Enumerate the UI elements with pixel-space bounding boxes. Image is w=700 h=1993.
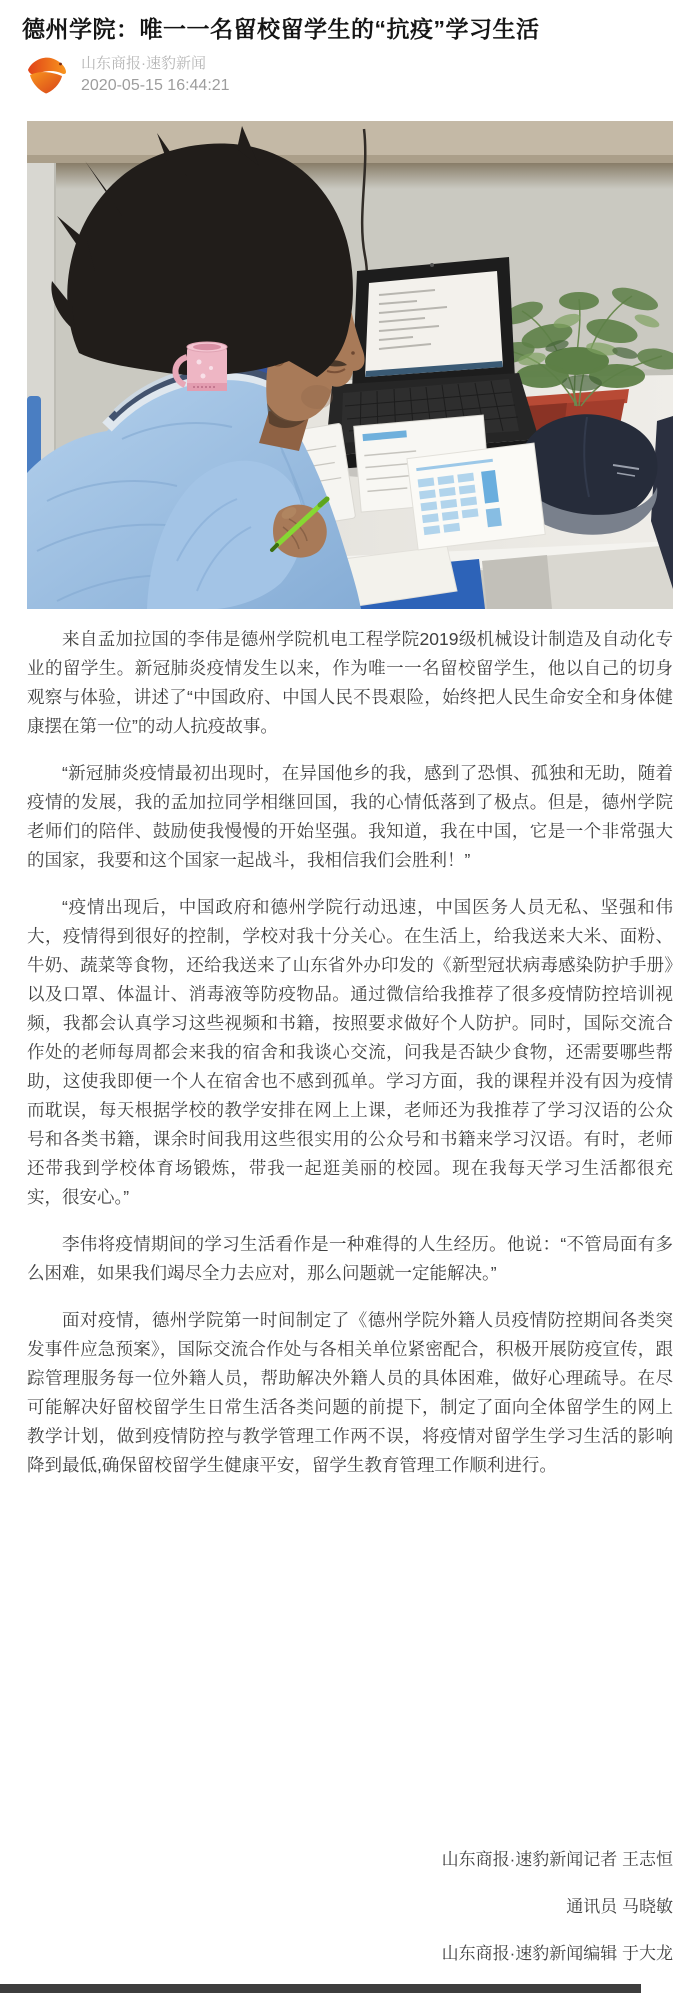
source-name: 山东商报·速豹新闻 [81, 52, 230, 73]
credit-reporter: 山东商报·速豹新闻记者 王志恒 [442, 1845, 673, 1874]
credit-editor: 山东商报·速豹新闻编辑 于大龙 [442, 1939, 673, 1968]
article-photo [27, 121, 673, 609]
paragraph-3: “疫情出现后，中国政府和德州学院行动迅速，中国医务人员无私、坚强和伟大，疫情得到… [27, 893, 673, 1212]
bottom-bar [0, 1984, 641, 1993]
credit-correspondent: 通讯员 马晓敏 [442, 1892, 673, 1921]
paragraph-1: 来自孟加拉国的李伟是德州学院机电工程学院2019级机械设计制造及自动化专业的留学… [27, 625, 673, 741]
publish-timestamp: 2020-05-15 16:44:21 [81, 77, 230, 95]
paragraph-4: 李伟将疫情期间的学习生活看作是一种难得的人生经历。他说：“不管局面有多么困难，如… [27, 1230, 673, 1288]
article-credits: 山东商报·速豹新闻记者 王志恒 通讯员 马晓敏 山东商报·速豹新闻编辑 于大龙 [442, 1845, 673, 1986]
paragraph-2: “新冠肺炎疫情最初出现时，在异国他乡的我，感到了恐惧、孤独和无助，随着疫情的发展… [27, 759, 673, 875]
article-meta: 山东商报·速豹新闻 2020-05-15 16:44:21 [24, 52, 678, 95]
subao-leopard-logo-icon [24, 54, 68, 94]
article-body: 来自孟加拉国的李伟是德州学院机电工程学院2019级机械设计制造及自动化专业的留学… [27, 625, 673, 1480]
paragraph-5: 面对疫情，德州学院第一时间制定了《德州学院外籍人员疫情防控期间各类突发事件应急预… [27, 1306, 673, 1480]
article-title: 德州学院：唯一一名留校留学生的“抗疫”学习生活 [0, 0, 700, 44]
textbook-blue-tables [407, 443, 545, 550]
article-page: 德州学院：唯一一名留校留学生的“抗疫”学习生活 山东商报·速豹新闻 2020-0 [0, 0, 700, 1993]
